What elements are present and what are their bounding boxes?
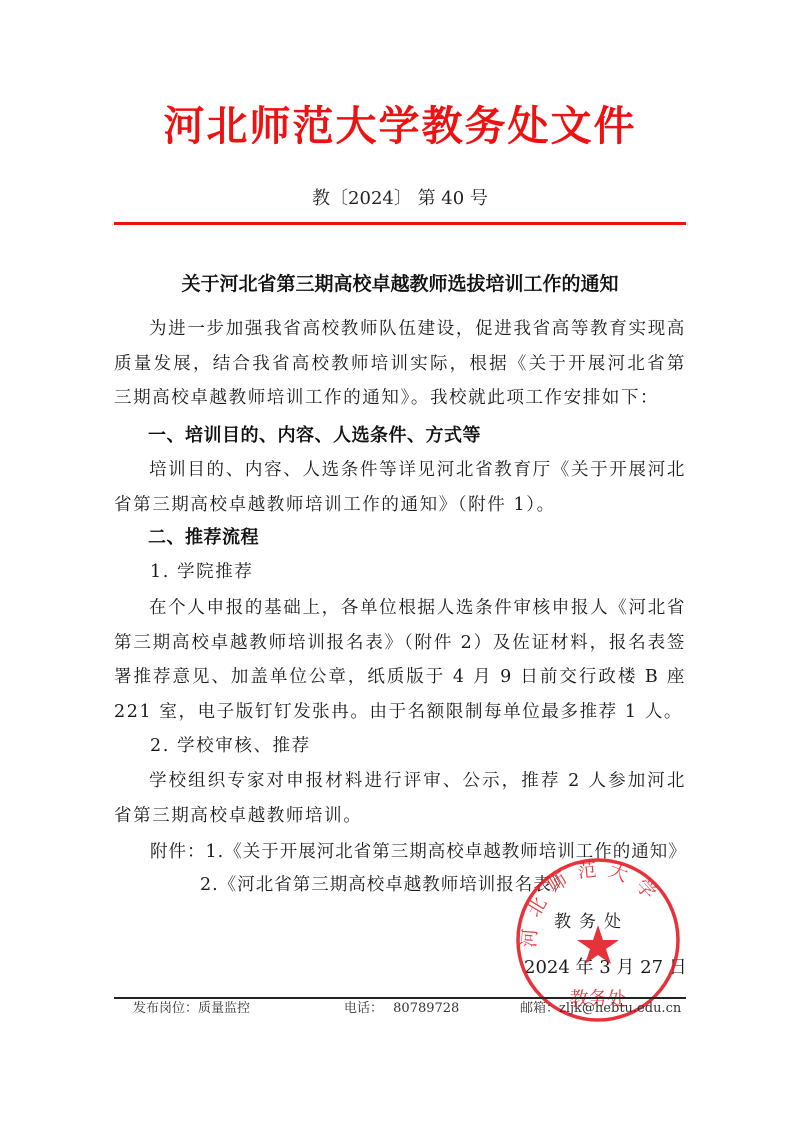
attachment-item-2: 2.《河北省第三期高校卓越教师培训报名表》 <box>200 870 570 900</box>
attachment-item-1: 1.《关于开展河北省第三期高校卓越教师培训工作的通知》 <box>206 842 687 862</box>
signature-date: 2024 年 3 月 27 日 <box>524 955 687 981</box>
subsection-1-body: 在个人申报的基础上，各单位根据人选条件审核申报人《河北省第三期高校卓越教师培训报… <box>114 591 686 729</box>
subsection-2-body: 学校组织专家对申报材料进行评审、公示，推荐 2 人参加河北省第三期高校卓越教师培… <box>114 764 686 833</box>
subsection-2-heading: 2. 学校审核、推荐 <box>150 731 311 761</box>
notice-title: 关于河北省第三期高校卓越教师选拔培训工作的通知 <box>0 270 800 298</box>
footer-email-value[interactable]: zljk@hebtu.edu.cn <box>559 1001 681 1016</box>
intro-paragraph: 为进一步加强我省高校教师队伍建设，促进我省高等教育实现高质量发展，结合我省高校教… <box>114 312 686 416</box>
footer-phone-value: 80789728 <box>393 1001 459 1016</box>
document-header-title: 河北师范大学教务处文件 <box>0 98 800 154</box>
footer-divider <box>114 997 686 999</box>
footer-phone-label: 电话： <box>344 1001 383 1016</box>
attachments-label: 附件： <box>150 842 206 862</box>
attachments-line-1: 附件：1.《关于开展河北省第三期高校卓越教师培训工作的通知》 <box>150 837 687 867</box>
footer-post: 发布岗位：质量监控 <box>133 1000 250 1018</box>
subsection-1-heading: 1. 学院推荐 <box>150 557 253 587</box>
footer-phone: 电话： 80789728 <box>344 1000 459 1018</box>
section-1-heading: 一、培训目的、内容、人选条件、方式等 <box>148 421 481 451</box>
document-number: 教〔2024〕 第 40 号 <box>0 187 800 211</box>
footer-email-label: 邮箱： <box>520 1001 559 1016</box>
footer-email: 邮箱：zljk@hebtu.edu.cn <box>520 1000 681 1018</box>
section-1-body: 培训目的、内容、人选条件等详见河北省教育厅《关于开展河北省第三期高校卓越教师培训… <box>114 453 686 522</box>
header-red-divider <box>114 222 686 225</box>
section-2-heading: 二、推荐流程 <box>148 523 259 553</box>
signature-office: 教务处 <box>554 910 629 934</box>
